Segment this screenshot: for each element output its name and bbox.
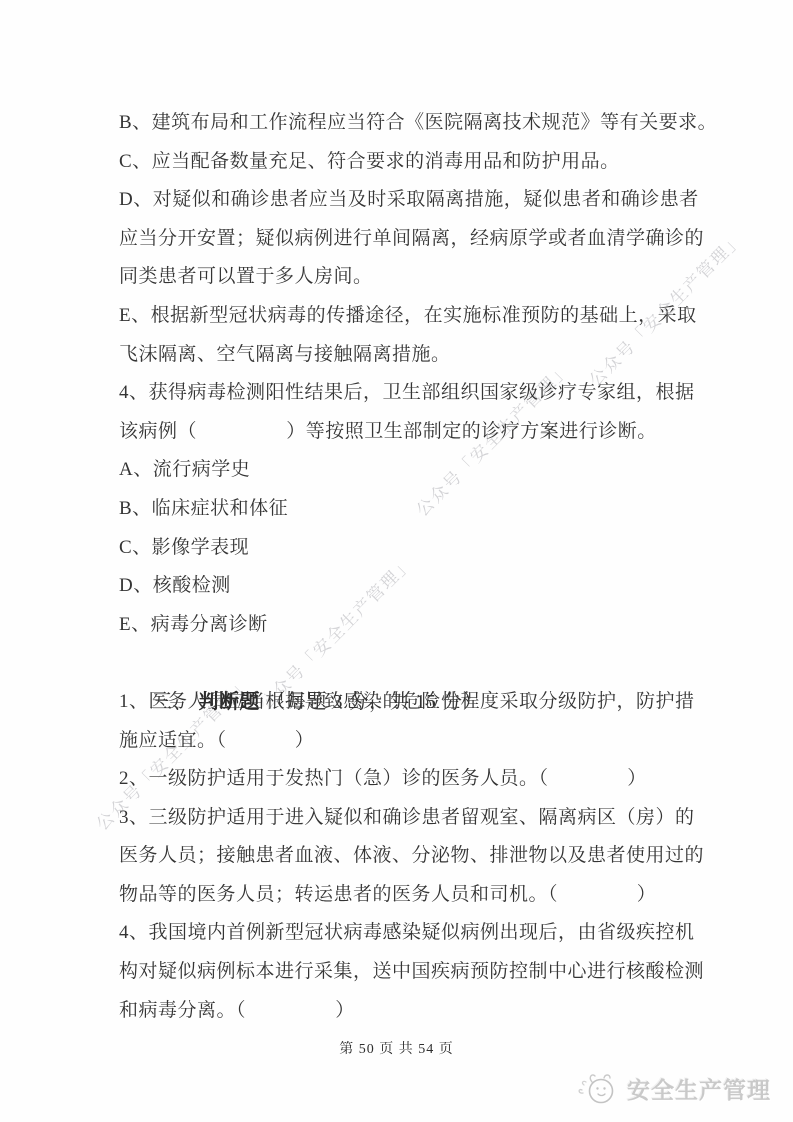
text-line-with-blank: 和病毒分离。（ ） (119, 992, 699, 1031)
document-page: 公众号「安全生产管理」 公众号「安全生产管理」 公众号「安全生产管理」 公众号「… (0, 0, 793, 1122)
text-line: B、建筑布局和工作流程应当符合《医院隔离技术规范》等有关要求。 (119, 104, 699, 143)
text-line-with-blank: 2、一级防护适用于发热门（急）诊的医务人员。（ ） (119, 760, 699, 799)
option-line-e: E、病毒分离诊断 (119, 606, 699, 645)
text-line: 同类患者可以置于多人房间。 (119, 258, 699, 297)
option-line-c: C、影像学表现 (119, 529, 699, 568)
panda-mascot-icon (574, 1070, 620, 1106)
document-content: B、建筑布局和工作流程应当符合《医院隔离技术规范》等有关要求。 C、应当配备数量… (119, 104, 699, 1030)
text-line: 应当分开安置；疑似病例进行单间隔离，经病原学或者血清学确诊的 (119, 220, 699, 259)
text-line: D、对疑似和确诊患者应当及时采取隔离措施，疑似患者和确诊患者 (119, 181, 699, 220)
text-line: 飞沫隔离、空气隔离与接触隔离措施。 (119, 336, 699, 375)
option-line-d: D、核酸检测 (119, 567, 699, 606)
text-line: 医务人员；接触患者血液、体液、分泌物、排泄物以及患者使用过的 (119, 837, 699, 876)
section-heading: 三、 判断题 （每题 3 分，共 15 分） (119, 644, 699, 683)
text-line: 3、三级防护适用于进入疑似和确诊患者留观室、隔离病区（房）的 (119, 799, 699, 838)
text-line-with-blank: 施应适宜。（ ） (119, 722, 699, 761)
brand-badge: 安全生产管理 (574, 1070, 771, 1106)
page-number: 第 50 页 共 54 页 (0, 1038, 793, 1058)
text-line: 4、我国境内首例新型冠状病毒感染疑似病例出现后，由省级疾控机 (119, 914, 699, 953)
text-line: C、应当配备数量充足、符合要求的消毒用品和防护用品。 (119, 143, 699, 182)
brand-label: 安全生产管理 (627, 1072, 771, 1105)
text-line-with-blank: 物品等的医务人员；转运患者的医务人员和司机。（ ） (119, 876, 699, 915)
text-line: 1、医务人员应当根据导致感染的危险性程度采取分级防护，防护措 (119, 683, 699, 722)
option-line-a: A、流行病学史 (119, 451, 699, 490)
text-line-with-blank: 该病例（ ）等按照卫生部制定的诊疗方案进行诊断。 (119, 413, 699, 452)
option-line-b: B、临床症状和体征 (119, 490, 699, 529)
text-line: E、根据新型冠状病毒的传播途径，在实施标准预防的基础上，采取 (119, 297, 699, 336)
text-line: 4、获得病毒检测阳性结果后，卫生部组织国家级诊疗专家组，根据 (119, 374, 699, 413)
text-line: 构对疑似病例标本进行采集，送中国疾病预防控制中心进行核酸检测 (119, 953, 699, 992)
